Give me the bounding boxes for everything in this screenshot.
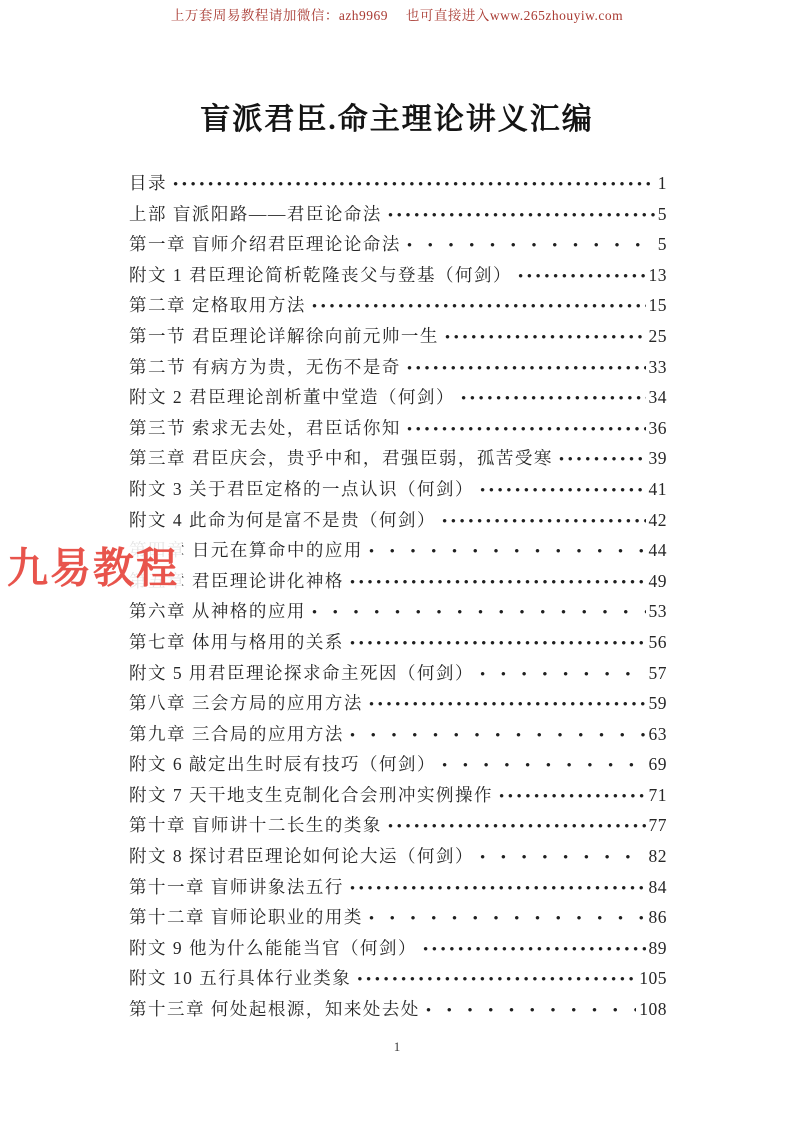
toc-entry-label: 附文 4 此命为何是富不是贵（何剑） <box>129 505 436 536</box>
toc-entry-label: 第八章 三会方局的应用方法 <box>129 688 363 719</box>
toc-entry: 第二章 定格取用方法 •••••••••••••••••••••••••••••… <box>129 290 667 321</box>
toc-entry-page-number: 57 <box>649 658 668 689</box>
toc-entry-page-number: 59 <box>649 688 668 719</box>
toc-entry: 第七章 体用与格用的关系 •••••••••••••••••••••••••••… <box>129 627 667 658</box>
toc-entry-label: 第三节 索求无去处，君臣话你知 <box>129 413 401 444</box>
toc-entry-label: 上部 盲派阳路——君臣论命法 <box>129 199 382 230</box>
dot-leader: ••••••••••••••••••••••••••••••••••••••••… <box>407 415 646 446</box>
dot-leader: ••••••••••••••••••••••••••••••••••••••••… <box>499 782 646 813</box>
toc-entry-page-number: 105 <box>639 963 667 994</box>
table-of-contents: 目录 •••••••••••••••••••••••••••••••••••••… <box>129 168 667 1025</box>
toc-entry-page-number: 25 <box>649 321 668 352</box>
dot-leader: ••••••••••••••••••••••••••••••••••••••••… <box>388 812 646 843</box>
dot-leader: ••••••••••••••••••••••••••••••••••••••••… <box>559 445 646 476</box>
toc-entry-page-number: 5 <box>658 229 667 260</box>
toc-entry: 上部 盲派阳路——君臣论命法 •••••••••••••••••••••••••… <box>129 199 667 230</box>
toc-entry: 第一节 君臣理论详解徐向前元帅一生 ••••••••••••••••••••••… <box>129 321 667 352</box>
dot-leader: ••••••••••••••••••••••••••••••••••••••••… <box>357 965 636 996</box>
toc-entry-page-number: 82 <box>649 841 668 872</box>
toc-entry-page-number: 15 <box>649 290 668 321</box>
toc-entry: 第一章 盲师介绍君臣理论论命法 ••••••••••••••••••••••••… <box>129 229 667 260</box>
toc-entry-page-number: 33 <box>649 352 668 383</box>
toc-entry-page-number: 56 <box>649 627 668 658</box>
page-number: 1 <box>0 1039 794 1055</box>
toc-entry-page-number: 42 <box>649 505 668 536</box>
dot-leader: ••••••••••••••••••••••••••••••••••••••••… <box>423 935 646 966</box>
toc-entry-label: 第一节 君臣理论详解徐向前元帅一生 <box>129 321 439 352</box>
toc-entry-label: 附文 2 君臣理论剖析董中堂造（何剑） <box>129 382 455 413</box>
toc-entry: 第六章 从神格的应用 •••••••••••••••••••••••••••••… <box>129 596 667 627</box>
toc-entry: 第三节 索求无去处，君臣话你知 ••••••••••••••••••••••••… <box>129 413 667 444</box>
dot-leader: ••••••••••••••••••••••••••••••••••••••••… <box>369 537 646 568</box>
toc-entry-label: 第六章 从神格的应用 <box>129 596 306 627</box>
toc-entry-page-number: 36 <box>649 413 668 444</box>
toc-entry-page-number: 71 <box>649 780 668 811</box>
toc-entry-label: 第十章 盲师讲十二长生的类象 <box>129 810 382 841</box>
toc-entry-label: 附文 6 敲定出生时辰有技巧（何剑） <box>129 749 436 780</box>
toc-entry-label: 附文 1 君臣理论简析乾隆丧父与登基（何剑） <box>129 260 512 291</box>
toc-entry-page-number: 86 <box>649 902 668 933</box>
toc-entry: 第八章 三会方局的应用方法 ••••••••••••••••••••••••••… <box>129 688 667 719</box>
toc-entry: 附文 1 君臣理论简析乾隆丧父与登基（何剑） •••••••••••••••••… <box>129 260 667 291</box>
toc-entry: 第十一章 盲师讲象法五行 •••••••••••••••••••••••••••… <box>129 872 667 903</box>
dot-leader: ••••••••••••••••••••••••••••••••••••••••… <box>312 292 646 323</box>
dot-leader: ••••••••••••••••••••••••••••••••••••••••… <box>173 170 655 201</box>
dot-leader: ••••••••••••••••••••••••••••••••••••••••… <box>388 201 655 232</box>
dot-leader: ••••••••••••••••••••••••••••••••••••••••… <box>426 996 636 1027</box>
toc-entry-label: 第七章 体用与格用的关系 <box>129 627 344 658</box>
dot-leader: ••••••••••••••••••••••••••••••••••••••••… <box>480 476 646 507</box>
dot-leader: ••••••••••••••••••••••••••••••••••••••••… <box>461 384 646 415</box>
toc-entry-page-number: 53 <box>649 596 668 627</box>
dot-leader: ••••••••••••••••••••••••••••••••••••••••… <box>480 843 646 874</box>
toc-entry: 附文 2 君臣理论剖析董中堂造（何剑） ••••••••••••••••••••… <box>129 382 667 413</box>
dot-leader: ••••••••••••••••••••••••••••••••••••••••… <box>350 568 646 599</box>
toc-entry-label: 附文 9 他为什么能能当官（何剑） <box>129 933 417 964</box>
toc-entry-page-number: 39 <box>649 443 668 474</box>
toc-entry-page-number: 49 <box>649 566 668 597</box>
toc-entry-page-number: 34 <box>649 382 668 413</box>
dot-leader: ••••••••••••••••••••••••••••••••••••••••… <box>407 231 655 262</box>
toc-entry-label: 第十三章 何处起根源，知来处去处 <box>129 994 420 1025</box>
toc-entry-label: 目录 <box>129 168 167 199</box>
toc-entry-page-number: 13 <box>649 260 668 291</box>
toc-entry-page-number: 89 <box>649 933 668 964</box>
toc-entry-page-number: 108 <box>639 994 667 1025</box>
toc-entry: 附文 9 他为什么能能当官（何剑） ••••••••••••••••••••••… <box>129 933 667 964</box>
toc-entry-label: 第一章 盲师介绍君臣理论论命法 <box>129 229 401 260</box>
toc-entry-page-number: 84 <box>649 872 668 903</box>
toc-entry: 附文 5 用君臣理论探求命主死因（何剑） •••••••••••••••••••… <box>129 658 667 689</box>
toc-entry: 附文 4 此命为何是富不是贵（何剑） •••••••••••••••••••••… <box>129 505 667 536</box>
toc-entry-page-number: 44 <box>649 535 668 566</box>
toc-entry: 第二节 有病方为贵，无伤不是奇 ••••••••••••••••••••••••… <box>129 352 667 383</box>
toc-entry-label: 附文 10 五行具体行业类象 <box>129 963 351 994</box>
dot-leader: ••••••••••••••••••••••••••••••••••••••••… <box>442 751 646 782</box>
toc-entry: 第十三章 何处起根源，知来处去处 •••••••••••••••••••••••… <box>129 994 667 1025</box>
dot-leader: ••••••••••••••••••••••••••••••••••••••••… <box>350 874 646 905</box>
watermark-badge: 九易教程 <box>4 533 182 595</box>
toc-entry-label: 附文 8 探讨君臣理论如何论大运（何剑） <box>129 841 474 872</box>
toc-entry-label: 第九章 三合局的应用方法 <box>129 719 344 750</box>
toc-entry: 附文 10 五行具体行业类象 •••••••••••••••••••••••••… <box>129 963 667 994</box>
dot-leader: ••••••••••••••••••••••••••••••••••••••••… <box>369 690 646 721</box>
toc-entry-label: 第十二章 盲师论职业的用类 <box>129 902 363 933</box>
toc-entry-page-number: 77 <box>649 810 668 841</box>
dot-leader: ••••••••••••••••••••••••••••••••••••••••… <box>480 660 646 691</box>
toc-entry: 第五章 君臣理论讲化神格 •••••••••••••••••••••••••••… <box>129 566 667 597</box>
toc-entry-page-number: 41 <box>649 474 668 505</box>
toc-entry-label: 附文 3 关于君臣定格的一点认识（何剑） <box>129 474 474 505</box>
toc-entry-page-number: 1 <box>658 168 667 199</box>
toc-entry-label: 第二章 定格取用方法 <box>129 290 306 321</box>
toc-entry-page-number: 5 <box>658 199 667 230</box>
toc-entry-label: 第十一章 盲师讲象法五行 <box>129 872 344 903</box>
toc-entry: 附文 6 敲定出生时辰有技巧（何剑） •••••••••••••••••••••… <box>129 749 667 780</box>
toc-entry: 第十章 盲师讲十二长生的类象 •••••••••••••••••••••••••… <box>129 810 667 841</box>
promo-header-text: 上万套周易教程请加微信：azh9969 也可直接进入www.265zhouyiw… <box>0 4 794 24</box>
toc-entry-label: 附文 5 用君臣理论探求命主死因（何剑） <box>129 658 474 689</box>
toc-entry-label: 第二节 有病方为贵，无伤不是奇 <box>129 352 401 383</box>
dot-leader: ••••••••••••••••••••••••••••••••••••••••… <box>518 262 646 293</box>
dot-leader: ••••••••••••••••••••••••••••••••••••••••… <box>350 629 646 660</box>
dot-leader: ••••••••••••••••••••••••••••••••••••••••… <box>312 598 646 629</box>
toc-entry-page-number: 63 <box>649 719 668 750</box>
toc-entry-label: 第三章 君臣庆会，贵乎中和，君强臣弱，孤苦受寒 <box>129 443 553 474</box>
dot-leader: ••••••••••••••••••••••••••••••••••••••••… <box>445 323 646 354</box>
toc-entry: 第三章 君臣庆会，贵乎中和，君强臣弱，孤苦受寒 ••••••••••••••••… <box>129 443 667 474</box>
toc-entry: 附文 3 关于君臣定格的一点认识（何剑） •••••••••••••••••••… <box>129 474 667 505</box>
toc-entry: 第九章 三合局的应用方法 •••••••••••••••••••••••••••… <box>129 719 667 750</box>
toc-entry: 第十二章 盲师论职业的用类 ••••••••••••••••••••••••••… <box>129 902 667 933</box>
dot-leader: ••••••••••••••••••••••••••••••••••••••••… <box>442 507 646 538</box>
toc-entry: 附文 8 探讨君臣理论如何论大运（何剑） •••••••••••••••••••… <box>129 841 667 872</box>
dot-leader: ••••••••••••••••••••••••••••••••••••••••… <box>350 721 646 752</box>
toc-entry-page-number: 69 <box>649 749 668 780</box>
toc-entry: 附文 7 天干地支生克制化合会刑冲实例操作 ••••••••••••••••••… <box>129 780 667 811</box>
toc-entry: 目录 •••••••••••••••••••••••••••••••••••••… <box>129 168 667 199</box>
dot-leader: ••••••••••••••••••••••••••••••••••••••••… <box>369 904 646 935</box>
toc-entry: 第四章 日元在算命中的应用 ••••••••••••••••••••••••••… <box>129 535 667 566</box>
toc-entry-label: 附文 7 天干地支生克制化合会刑冲实例操作 <box>129 780 493 811</box>
document-title: 盲派君臣.命主理论讲义汇编 <box>0 94 794 138</box>
dot-leader: ••••••••••••••••••••••••••••••••••••••••… <box>407 354 646 385</box>
